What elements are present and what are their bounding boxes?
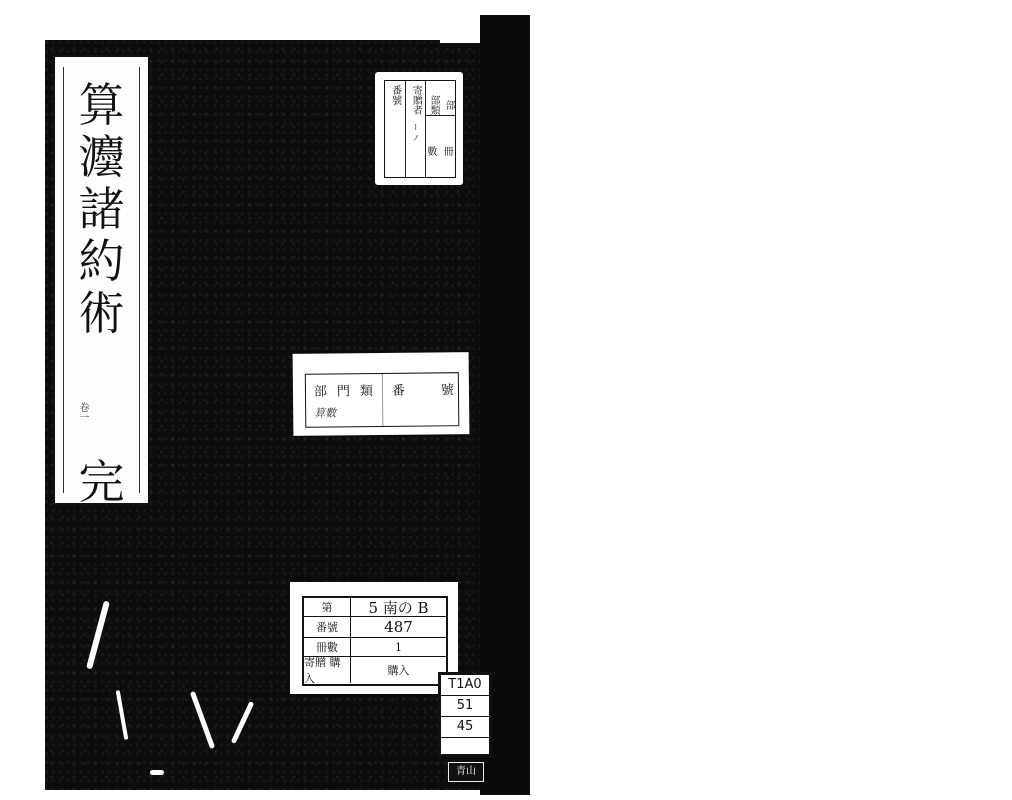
label-value: 487	[351, 618, 446, 636]
title-char: 術	[79, 287, 125, 339]
label-text: 部	[442, 100, 454, 110]
label-cell-category: 部類 部 數 冊	[426, 81, 455, 177]
label-text: 類	[360, 384, 383, 399]
label-header: 部門類	[314, 380, 383, 400]
label-text: 寄贈者	[409, 85, 421, 115]
label-text: 數	[427, 147, 437, 159]
label-cell-donor: 寄贈者 ー ノ	[406, 81, 427, 177]
label-value: ー ノ	[409, 123, 421, 142]
label-text: 部門	[314, 384, 360, 399]
label-row: 第5 南の B	[304, 598, 446, 617]
label-value: 購入	[351, 662, 446, 678]
call-number-line	[441, 738, 489, 758]
label-text: 番	[392, 380, 405, 399]
label-row: 番號487	[304, 617, 446, 638]
label-key: 寄贈 購入	[304, 657, 351, 683]
label-header: 番號	[392, 379, 454, 399]
label-text: 號	[441, 379, 454, 398]
label-text: 冊	[444, 147, 454, 159]
label-cell-number: 番號	[385, 81, 406, 177]
title-char: 約	[79, 235, 125, 287]
title-char: 算	[79, 79, 125, 131]
library-label-top: 番號 寄贈者 ー ノ 部類 部 數 冊	[375, 72, 463, 185]
title-char: 諸	[79, 183, 125, 235]
label-row: 寄贈 購入購入	[304, 657, 446, 683]
library-label-middle: 部門類 番號 算數	[293, 352, 470, 436]
owner-stamp: 青山	[448, 762, 484, 782]
title-annotation: 卷一	[75, 402, 90, 422]
call-number-line: 45	[441, 717, 489, 738]
label-value: 1	[351, 641, 446, 654]
label-value: 算數	[314, 404, 336, 420]
book-title: 算 灋 諸 約 術	[55, 79, 148, 339]
title-char: 灋	[79, 131, 125, 183]
label-key: 第	[304, 598, 351, 616]
library-label-bottom: 第5 南の B 番號487 冊數1 寄贈 購入購入	[290, 582, 458, 694]
torn-corner	[440, 15, 480, 43]
label-value: 5 南の B	[351, 597, 446, 618]
call-number-label: T1A0 51 45	[438, 672, 492, 757]
volume-mark: 完	[55, 457, 148, 507]
cover-wear	[150, 770, 164, 775]
title-slip: 算 灋 諸 約 術 卷一 完	[53, 55, 150, 505]
call-number-line: T1A0	[441, 675, 489, 696]
label-key: 番號	[304, 617, 351, 637]
label-text: 番號	[389, 85, 401, 105]
label-text: 部類	[427, 95, 439, 115]
call-number-line: 51	[441, 696, 489, 717]
